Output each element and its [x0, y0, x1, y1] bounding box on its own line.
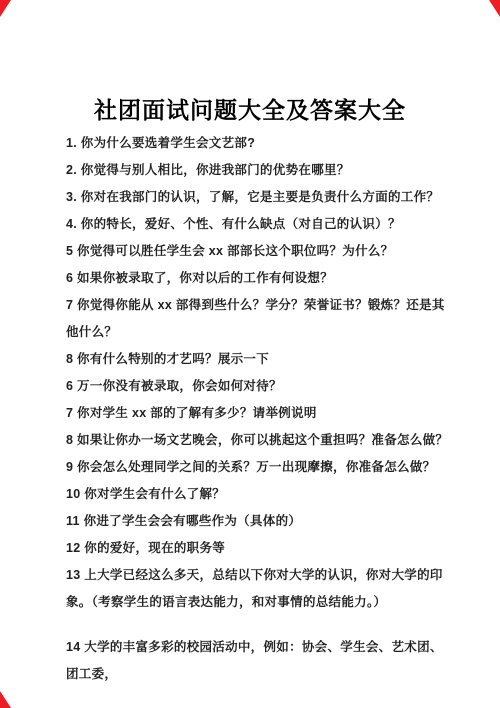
red-corner-mark-top-right — [489, 0, 500, 17]
question-item-14: 11 你进了学生会会有哪些作为（具体的） — [66, 508, 458, 535]
question-item-4: 4. 你的特长，爱好、个性、有什么缺点（对自己的认识）？ — [66, 211, 458, 238]
question-item-3: 3. 你对在我部门的认识，了解，它是主要是负责什么方面的工作？ — [66, 184, 458, 211]
question-item-9: 6 万一你没有被录取，你会如何对待？ — [66, 373, 458, 400]
question-item-7: 7 你觉得你能从 xx 部得到些什么？学分？荣誉证书？锻炼？还是其 他什么？ — [66, 292, 458, 346]
question-item-12: 9 你会怎么处理同学之间的关系？万一出现摩擦，你准备怎么做？ — [66, 454, 458, 481]
document-page: 社团面试问题大全及答案大全 1. 你为什么要选着学生会文艺部? 2. 你觉得与别… — [0, 0, 500, 708]
question-item-13: 10 你对学生会有什么了解？ — [66, 481, 458, 508]
question-item-8: 8 你有什么特别的才艺吗？展示一下 — [66, 346, 458, 373]
question-item-5: 5 你觉得可以胜任学生会 xx 部部长这个职位吗？为什么？ — [66, 238, 458, 265]
question-item-11: 8 如果让你办一场文艺晚会，你可以挑起这个重担吗？准备怎么做？ — [66, 427, 458, 454]
question-item-10: 7 你对学生 xx 部的了解有多少？请举例说明 — [66, 400, 458, 427]
question-item-17: 14 大学的丰富多彩的校园活动中，例如：协会、学生会、艺术团、 团工委， — [66, 634, 458, 688]
red-corner-mark-bottom-left — [0, 691, 11, 708]
question-item-2: 2. 你觉得与别人相比，你进我部门的优势在哪里？ — [66, 157, 458, 184]
question-item-15: 12 你的爱好，现在的职务等 — [66, 535, 458, 562]
red-corner-mark-top-left — [0, 0, 11, 17]
question-item-16: 13 上大学已经这么多天，总结以下你对大学的认识，你对大学的印 象。（考察学生的… — [66, 562, 458, 616]
question-item-1: 1. 你为什么要选着学生会文艺部? — [66, 130, 458, 157]
question-list: 1. 你为什么要选着学生会文艺部? 2. 你觉得与别人相比，你进我部门的优势在哪… — [66, 130, 458, 688]
page-title: 社团面试问题大全及答案大全 — [0, 95, 500, 125]
question-item-6: 6 如果你被录取了，你对以后的工作有何设想？ — [66, 265, 458, 292]
